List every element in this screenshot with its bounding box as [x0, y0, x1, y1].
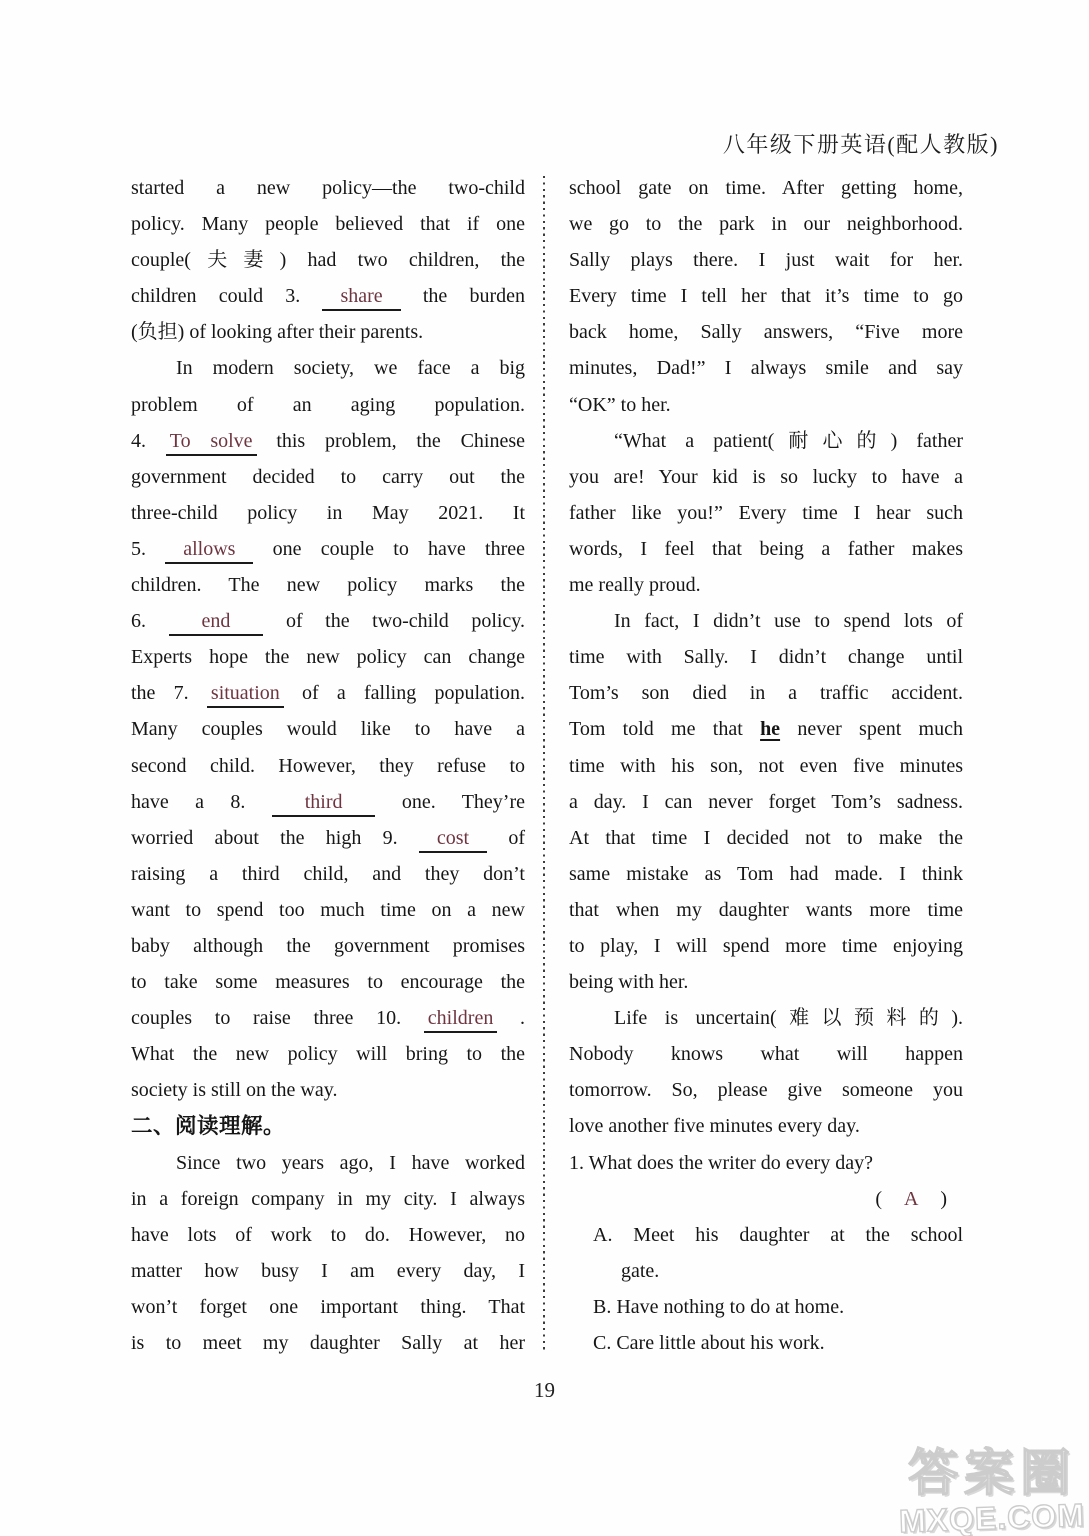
text-line: “What a patient(耐心的) father: [569, 423, 963, 459]
text-segment: same mistake as Tom had made. I think: [569, 863, 963, 885]
text-segment: Experts hope the new policy can change: [131, 646, 525, 668]
text-segment: Sally plays there. I just wait for her.: [569, 249, 963, 271]
text-line: have lots of work to do. However, no: [131, 1217, 525, 1253]
text-line: What the new policy will bring to the: [131, 1036, 525, 1072]
text-line: Many couples would like to have a: [131, 711, 525, 747]
text-segment: matter how busy I am every day, I: [131, 1260, 525, 1282]
text-segment: time with Sally. I didn’t change until: [569, 646, 963, 668]
text-line: government decided to carry out the: [131, 459, 525, 495]
text-line: love another five minutes every day.: [569, 1108, 963, 1144]
answer-blank: allows: [165, 538, 253, 564]
text-segment: society is still on the way.: [131, 1079, 337, 1101]
text-line: Since two years ago, I have worked: [131, 1145, 525, 1181]
text-segment: Nobody knows what will happen: [569, 1043, 963, 1065]
text-segment: worried about the high 9.: [131, 827, 419, 849]
text-line: A. Meet his daughter at the school: [569, 1217, 963, 1253]
text-line: couples to raise three 10. children .: [131, 1000, 525, 1036]
answer-blank: third: [272, 791, 376, 817]
text-line: 5. allows one couple to have three: [131, 531, 525, 567]
text-line: words, I feel that being a father makes: [569, 531, 963, 567]
text-line: raising a third child, and they don’t: [131, 856, 525, 892]
answer-blank: children: [424, 1007, 498, 1033]
text-segment: tomorrow. So, please give someone you: [569, 1079, 963, 1101]
text-line: (负担) of looking after their parents.: [131, 314, 525, 350]
answer-blank: To solve: [166, 430, 257, 456]
text-segment: baby although the government promises: [131, 935, 525, 957]
text-line: won’t forget one important thing. That: [131, 1289, 525, 1325]
text-line: At that time I decided not to make the: [569, 820, 963, 856]
answer-text: end: [202, 610, 231, 632]
text-segment: of: [487, 827, 525, 849]
text-segment: have a 8.: [131, 791, 272, 813]
answer-blank: situation: [207, 682, 284, 708]
text-line: time with Sally. I didn’t change until: [569, 639, 963, 675]
text-line: “OK” to her.: [569, 387, 963, 423]
text-segment: father like you!” Every time I hear such: [569, 502, 963, 524]
text-line: in a foreign company in my city. I alway…: [131, 1181, 525, 1217]
text-line: 4. To solve this problem, the Chinese: [131, 423, 525, 459]
workbook-page: 八年级下册英语(配人教版) started a new policy—the t…: [0, 0, 1089, 1536]
text-line: gate.: [569, 1253, 963, 1289]
text-segment: three-child policy in May 2021. It: [131, 502, 525, 524]
text-segment: time with his son, not even five minutes: [569, 755, 963, 777]
watermark-site-text: MXQE.COM: [899, 1499, 1086, 1536]
text-segment: you are! Your kid is so lucky to have a: [569, 466, 963, 488]
answer-blank: cost: [419, 827, 487, 853]
text-line: started a new policy—the two-child: [131, 170, 525, 206]
text-segment: minutes, Dad!” I always smile and say: [569, 357, 963, 379]
text-segment: couple(夫妻) had two children, the: [131, 249, 525, 271]
text-segment: me really proud.: [569, 574, 701, 596]
text-segment: is to meet my daughter Sally at her: [131, 1332, 525, 1354]
text-segment: problem of an aging population.: [131, 394, 525, 416]
text-segment: never spent much: [780, 718, 963, 740]
text-segment: “What a patient(耐心的) father: [614, 430, 963, 452]
text-segment: second child. However, they refuse to: [131, 755, 525, 777]
text-segment: Tom told me that: [569, 718, 760, 740]
text-line: 6. end of the two-child policy.: [131, 603, 525, 639]
text-segment: children. The new policy marks the: [131, 574, 525, 596]
text-segment: gate.: [621, 1260, 659, 1282]
text-segment: 1. What does the writer do every day?: [569, 1152, 873, 1174]
text-line: couple(夫妻) had two children, the: [131, 242, 525, 278]
text-segment: won’t forget one important thing. That: [131, 1296, 525, 1318]
text-segment: “OK” to her.: [569, 394, 671, 416]
text-segment: (: [875, 1188, 904, 1210]
text-segment: policy. Many people believed that if one: [131, 213, 525, 235]
text-segment: school gate on time. After getting home,: [569, 177, 963, 199]
text-line: is to meet my daughter Sally at her: [131, 1325, 525, 1361]
text-line: that when my daughter wants more time: [569, 892, 963, 928]
answer-text: share: [340, 285, 382, 307]
text-segment: being with her.: [569, 971, 688, 993]
text-segment: of a falling population.: [284, 682, 525, 704]
text-line: want to spend too much time on a new: [131, 892, 525, 928]
text-line: In fact, I didn’t use to spend lots of: [569, 603, 963, 639]
text-segment: of the two-child policy.: [263, 610, 525, 632]
text-line: father like you!” Every time I hear such: [569, 495, 963, 531]
text-line: to take some measures to encourage the: [131, 964, 525, 1000]
text-segment: 4.: [131, 430, 166, 452]
text-line: have a 8. third one. They’re: [131, 784, 525, 820]
text-segment: (负担) of looking after their parents.: [131, 321, 423, 343]
answer-text: third: [305, 791, 343, 813]
answer-text: To solve: [170, 430, 253, 452]
text-line: C. Care little about his work.: [569, 1325, 963, 1361]
text-segment: back home, Sally answers, “Five more: [569, 321, 963, 343]
text-segment: want to spend too much time on a new: [131, 899, 525, 921]
text-line: baby although the government promises: [131, 928, 525, 964]
answer-text: cost: [437, 827, 469, 849]
text-segment: A. Meet his daughter at the school: [593, 1224, 963, 1246]
text-line: Tom’s son died in a traffic accident.: [569, 675, 963, 711]
answer-letter: A: [904, 1188, 919, 1210]
text-line: you are! Your kid is so lucky to have a: [569, 459, 963, 495]
text-line: tomorrow. So, please give someone you: [569, 1072, 963, 1108]
watermark-logo-text: 答案圈: [899, 1448, 1085, 1498]
text-segment: 5.: [131, 538, 165, 560]
text-line: time with his son, not even five minutes: [569, 748, 963, 784]
text-segment: have lots of work to do. However, no: [131, 1224, 525, 1246]
text-segment: ): [919, 1188, 949, 1210]
answer-text: situation: [211, 682, 280, 704]
text-segment: B. Have nothing to do at home.: [593, 1296, 844, 1318]
answer-text: allows: [183, 538, 235, 560]
text-line: school gate on time. After getting home,: [569, 170, 963, 206]
text-segment: a day. I can never forget Tom’s sadness.: [569, 791, 963, 813]
text-segment: one couple to have three: [253, 538, 525, 560]
text-segment: At that time I decided not to make the: [569, 827, 963, 849]
column-divider: [543, 176, 545, 1352]
text-segment: the burden: [401, 285, 525, 307]
text-line: back home, Sally answers, “Five more: [569, 314, 963, 350]
text-segment: words, I feel that being a father makes: [569, 538, 963, 560]
text-line: me really proud.: [569, 567, 963, 603]
text-segment: 二、阅读理解。: [131, 1114, 285, 1138]
text-segment: government decided to carry out the: [131, 466, 525, 488]
text-line: we go to the park in our neighborhood.: [569, 206, 963, 242]
text-line: children. The new policy marks the: [131, 567, 525, 603]
text-line: minutes, Dad!” I always smile and say: [569, 350, 963, 386]
text-line: second child. However, they refuse to: [131, 748, 525, 784]
text-line: Every time I tell her that it’s time to …: [569, 278, 963, 314]
text-line: B. Have nothing to do at home.: [569, 1289, 963, 1325]
text-segment: children could 3.: [131, 285, 322, 307]
text-segment: Every time I tell her that it’s time to …: [569, 285, 963, 307]
text-segment: .: [497, 1007, 525, 1029]
watermark: 答案圈 MXQE.COM: [899, 1448, 1085, 1534]
text-segment: the 7.: [131, 682, 207, 704]
text-segment: to take some measures to encourage the: [131, 971, 525, 993]
text-segment: we go to the park in our neighborhood.: [569, 213, 963, 235]
answer-blank: share: [322, 285, 400, 311]
text-line: same mistake as Tom had made. I think: [569, 856, 963, 892]
page-number: 19: [0, 1378, 1089, 1403]
text-segment: this problem, the Chinese: [257, 430, 525, 452]
text-line: 1. What does the writer do every day?: [569, 1145, 963, 1181]
text-segment: Life is uncertain(难以预料的).: [614, 1007, 963, 1029]
text-segment: one. They’re: [375, 791, 525, 813]
answer-text: children: [428, 1007, 494, 1029]
right-column: school gate on time. After getting home,…: [569, 170, 963, 1361]
text-segment: to play, I will spend more time enjoying: [569, 935, 963, 957]
text-line: society is still on the way.: [131, 1072, 525, 1108]
text-segment: C. Care little about his work.: [593, 1332, 825, 1354]
text-line: problem of an aging population.: [131, 387, 525, 423]
text-line: policy. Many people believed that if one: [131, 206, 525, 242]
text-line: being with her.: [569, 964, 963, 1000]
text-segment: Tom’s son died in a traffic accident.: [569, 682, 963, 704]
underlined-word: he: [760, 718, 780, 740]
section-heading: 二、阅读理解。: [131, 1108, 525, 1144]
text-segment: In fact, I didn’t use to spend lots of: [614, 610, 963, 632]
text-segment: in a foreign company in my city. I alway…: [131, 1188, 525, 1210]
text-segment: In modern society, we face a big: [176, 357, 525, 379]
left-column: started a new policy—the two-childpolicy…: [131, 170, 525, 1361]
text-segment: What the new policy will bring to the: [131, 1043, 525, 1065]
text-line: Nobody knows what will happen: [569, 1036, 963, 1072]
text-line: a day. I can never forget Tom’s sadness.: [569, 784, 963, 820]
text-line: In modern society, we face a big: [131, 350, 525, 386]
text-line: worried about the high 9. cost of: [131, 820, 525, 856]
text-segment: couples to raise three 10.: [131, 1007, 424, 1029]
text-segment: Since two years ago, I have worked: [176, 1152, 525, 1174]
text-line: three-child policy in May 2021. It: [131, 495, 525, 531]
text-segment: raising a third child, and they don’t: [131, 863, 525, 885]
text-segment: that when my daughter wants more time: [569, 899, 963, 921]
text-segment: Many couples would like to have a: [131, 718, 525, 740]
page-header-title: 八年级下册英语(配人教版): [723, 128, 999, 159]
text-line: Sally plays there. I just wait for her.: [569, 242, 963, 278]
text-line: children could 3. share the burden: [131, 278, 525, 314]
text-line: Tom told me that he never spent much: [569, 711, 963, 747]
text-line: Life is uncertain(难以预料的).: [569, 1000, 963, 1036]
text-segment: started a new policy—the two-child: [131, 177, 525, 199]
text-line: to play, I will spend more time enjoying: [569, 928, 963, 964]
text-line: matter how busy I am every day, I: [131, 1253, 525, 1289]
text-line: ( A ): [569, 1181, 963, 1217]
answer-blank: end: [169, 610, 264, 636]
text-line: Experts hope the new policy can change: [131, 639, 525, 675]
text-segment: 6.: [131, 610, 169, 632]
text-line: the 7. situation of a falling population…: [131, 675, 525, 711]
text-segment: love another five minutes every day.: [569, 1115, 860, 1137]
